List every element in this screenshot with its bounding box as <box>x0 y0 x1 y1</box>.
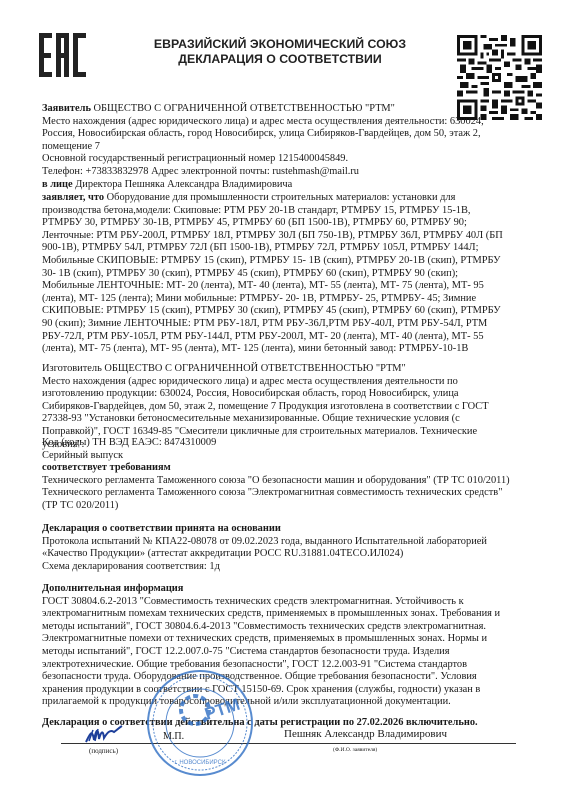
stamp-mark-label: М.П. <box>163 731 184 742</box>
regulation-2: Технического регламента Таможенного союз… <box>42 487 512 512</box>
eac-letter-a <box>56 33 69 77</box>
representative-name: Директора Пешняка Александра Владимирови… <box>73 179 293 190</box>
signature-caption: (подпись) <box>89 747 118 755</box>
signature-icon <box>84 724 124 744</box>
eac-letter-e <box>39 33 52 77</box>
applicant-label: Заявитель <box>42 103 91 114</box>
tn-ved-code: Код (коды) ТН ВЭД ЕАЭС: 8474310009 <box>42 437 512 450</box>
stamp-line <box>147 743 226 744</box>
basis-section: Декларация о соответствии принята на осн… <box>42 523 512 573</box>
svg-text:г. НОВОСИБИРСК: г. НОВОСИБИРСК <box>175 760 226 766</box>
manufacturer-title: Изготовитель ОБЩЕСТВО С ОГРАНИЧЕННОЙ ОТВ… <box>42 363 512 376</box>
name-line <box>226 743 516 744</box>
release-type: Серийный выпуск <box>42 450 512 463</box>
declaration-section: заявляет, что Оборудование для промышлен… <box>42 192 512 356</box>
product-description: Оборудование для промышленности строител… <box>42 192 503 354</box>
document-title: ЕВРАЗИЙСКИЙ ЭКОНОМИЧЕСКИЙ СОЮЗ ДЕКЛАРАЦИ… <box>120 37 440 66</box>
declares-label: заявляет, что <box>42 192 104 203</box>
additional-info-text: ГОСТ 30804.6.2-2013 "Совместимость техни… <box>42 596 512 709</box>
applicant-contacts: Телефон: +73833832978 Адрес электронной … <box>42 166 512 179</box>
name-caption: (Ф.И.О. заявителя) <box>333 747 377 753</box>
applicant-address: Место нахождения (адрес юридического лиц… <box>42 116 512 154</box>
applicant-section: Заявитель ОБЩЕСТВО С ОГРАНИЧЕННОЙ ОТВЕТС… <box>42 103 512 191</box>
eac-logo <box>39 33 87 77</box>
applicant-name: ОБЩЕСТВО С ОГРАНИЧЕННОЙ ОТВЕТСТВЕННОСТЬЮ… <box>91 103 395 114</box>
title-declaration: ДЕКЛАРАЦИЯ О СООТВЕТСТВИИ <box>120 52 440 67</box>
eac-letter-c <box>73 33 86 77</box>
declaration-scheme: Схема декларирования соответствия: 1д <box>42 561 512 574</box>
signer-name: Пешняк Александр Владимирович <box>284 728 447 740</box>
basis-protocol: Протокола испытаний № КПА22-08078 от 09.… <box>42 536 512 561</box>
additional-info-label: Дополнительная информация <box>42 583 512 596</box>
basis-label: Декларация о соответствии принята на осн… <box>42 523 512 536</box>
representative-label: в лице <box>42 179 73 190</box>
additional-info-section: Дополнительная информация ГОСТ 30804.6.2… <box>42 583 512 709</box>
regulation-1: Технического регламента Таможенного союз… <box>42 475 512 488</box>
codes-section: Код (коды) ТН ВЭД ЕАЭС: 8474310009 Серий… <box>42 437 512 513</box>
applicant-ogrn: Основной государственный регистрационный… <box>42 153 512 166</box>
conforms-label: соответствует требованиям <box>42 462 512 475</box>
title-union: ЕВРАЗИЙСКИЙ ЭКОНОМИЧЕСКИЙ СОЮЗ <box>120 37 440 52</box>
